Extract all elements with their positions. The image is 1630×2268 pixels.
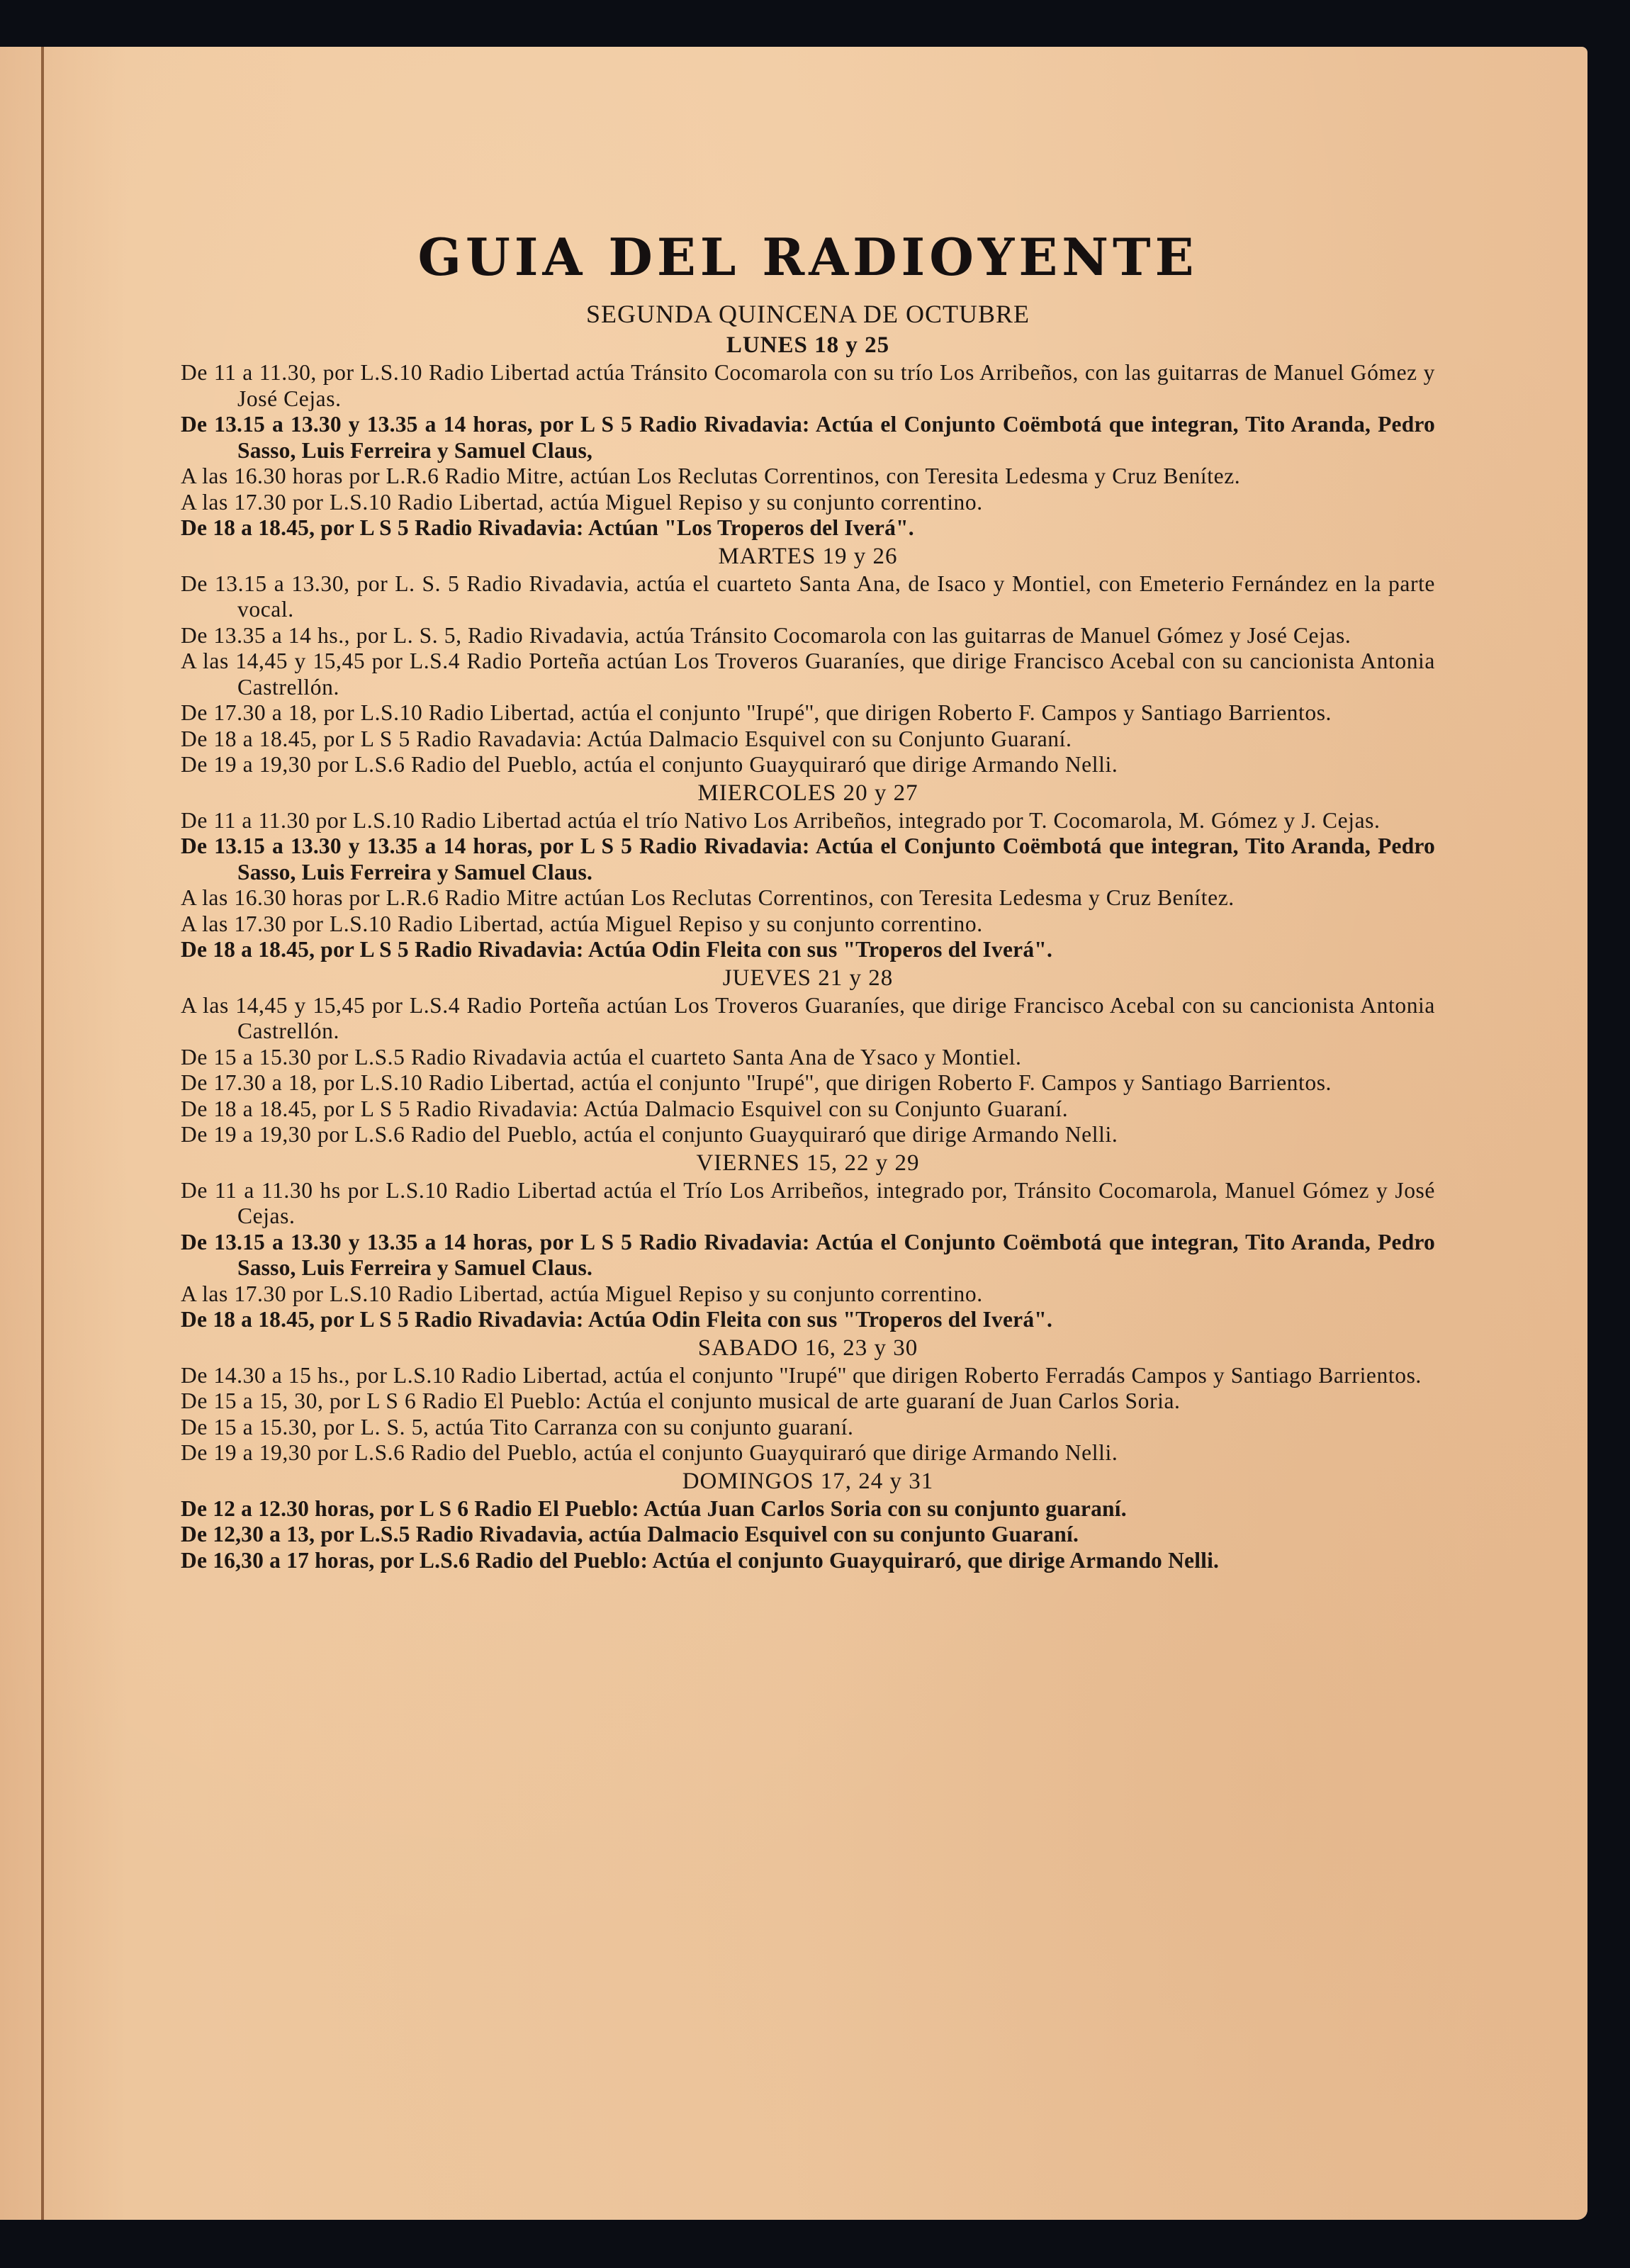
- schedule-entry: De 13.15 a 13.30 y 13.35 a 14 horas, por…: [181, 1230, 1435, 1281]
- day-heading: MARTES 19 y 26: [181, 543, 1435, 570]
- schedule-entry: De 13.15 a 13.30 y 13.35 a 14 horas, por…: [181, 833, 1435, 885]
- schedule-entry: De 19 a 19,30 por L.S.6 Radio del Pueblo…: [181, 1122, 1435, 1148]
- document-content: GUIA DEL RADIOYENTE SEGUNDA QUINCENA DE …: [181, 227, 1435, 1573]
- schedule-entry: De 12,30 a 13, por L.S.5 Radio Rivadavia…: [181, 1522, 1435, 1548]
- schedule-entry: De 11 a 11.30 por L.S.10 Radio Libertad …: [181, 808, 1435, 834]
- schedule-entry: De 18 a 18.45, por L S 5 Radio Ravadavia…: [181, 726, 1435, 753]
- schedule-entry: De 13.35 a 14 hs., por L. S. 5, Radio Ri…: [181, 623, 1435, 649]
- schedule-entry: A las 17.30 por L.S.10 Radio Libertad, a…: [181, 1281, 1435, 1308]
- day-heading: VIERNES 15, 22 y 29: [181, 1150, 1435, 1177]
- schedule-entry: De 11 a 11.30 hs por L.S.10 Radio Libert…: [181, 1178, 1435, 1230]
- schedule-entry: A las 14,45 y 15,45 por L.S.4 Radio Port…: [181, 649, 1435, 700]
- page-spine-fold: [41, 47, 44, 2220]
- schedule-entry: A las 16.30 horas por L.R.6 Radio Mitre,…: [181, 464, 1435, 490]
- schedule-entry: De 12 a 12.30 horas, por L S 6 Radio El …: [181, 1496, 1435, 1522]
- schedule-entry: De 15 a 15.30, por L. S. 5, actúa Tito C…: [181, 1415, 1435, 1441]
- day-heading: DOMINGOS 17, 24 y 31: [181, 1468, 1435, 1495]
- day-heading: MIERCOLES 20 y 27: [181, 780, 1435, 807]
- schedule-entry: A las 16.30 horas por L.R.6 Radio Mitre …: [181, 885, 1435, 911]
- schedule-entry: De 18 a 18.45, por L S 5 Radio Rivadavia…: [181, 1096, 1435, 1123]
- schedule-entry: De 17.30 a 18, por L.S.10 Radio Libertad…: [181, 1070, 1435, 1096]
- schedule-entry: De 19 a 19,30 por L.S.6 Radio del Pueblo…: [181, 752, 1435, 778]
- schedule-entry: De 13.15 a 13.30 y 13.35 a 14 horas, por…: [181, 412, 1435, 464]
- schedule-entry: De 14.30 a 15 hs., por L.S.10 Radio Libe…: [181, 1363, 1435, 1389]
- schedule-entry: De 11 a 11.30, por L.S.10 Radio Libertad…: [181, 360, 1435, 412]
- page-subtitle: SEGUNDA QUINCENA DE OCTUBRE: [181, 298, 1435, 330]
- day-heading: LUNES 18 y 25: [181, 332, 1435, 359]
- day-heading: JUEVES 21 y 28: [181, 965, 1435, 992]
- schedule-entry: De 13.15 a 13.30, por L. S. 5 Radio Riva…: [181, 571, 1435, 623]
- schedule-sections: LUNES 18 y 25De 11 a 11.30, por L.S.10 R…: [181, 332, 1435, 1573]
- day-heading: SABADO 16, 23 y 30: [181, 1335, 1435, 1362]
- schedule-entry: De 18 a 18.45, por L S 5 Radio Rivadavia…: [181, 1307, 1435, 1333]
- schedule-entry: De 17.30 a 18, por L.S.10 Radio Libertad…: [181, 700, 1435, 726]
- schedule-entry: A las 17.30 por L.S.10 Radio Libertad, a…: [181, 490, 1435, 516]
- schedule-entry: De 15 a 15, 30, por L S 6 Radio El Puebl…: [181, 1388, 1435, 1415]
- schedule-entry: De 15 a 15.30 por L.S.5 Radio Rivadavia …: [181, 1045, 1435, 1071]
- page-title: GUIA DEL RADIOYENTE: [181, 227, 1435, 288]
- schedule-entry: De 19 a 19,30 por L.S.6 Radio del Pueblo…: [181, 1440, 1435, 1466]
- schedule-entry: De 18 a 18.45, por L S 5 Radio Rivadavia…: [181, 515, 1435, 541]
- schedule-entry: A las 14,45 y 15,45 por L.S.4 Radio Port…: [181, 993, 1435, 1045]
- schedule-entry: De 18 a 18.45, por L S 5 Radio Rivadavia…: [181, 937, 1435, 963]
- schedule-entry: De 16,30 a 17 horas, por L.S.6 Radio del…: [181, 1548, 1435, 1574]
- schedule-entry: A las 17.30 por L.S.10 Radio Libertad, a…: [181, 911, 1435, 938]
